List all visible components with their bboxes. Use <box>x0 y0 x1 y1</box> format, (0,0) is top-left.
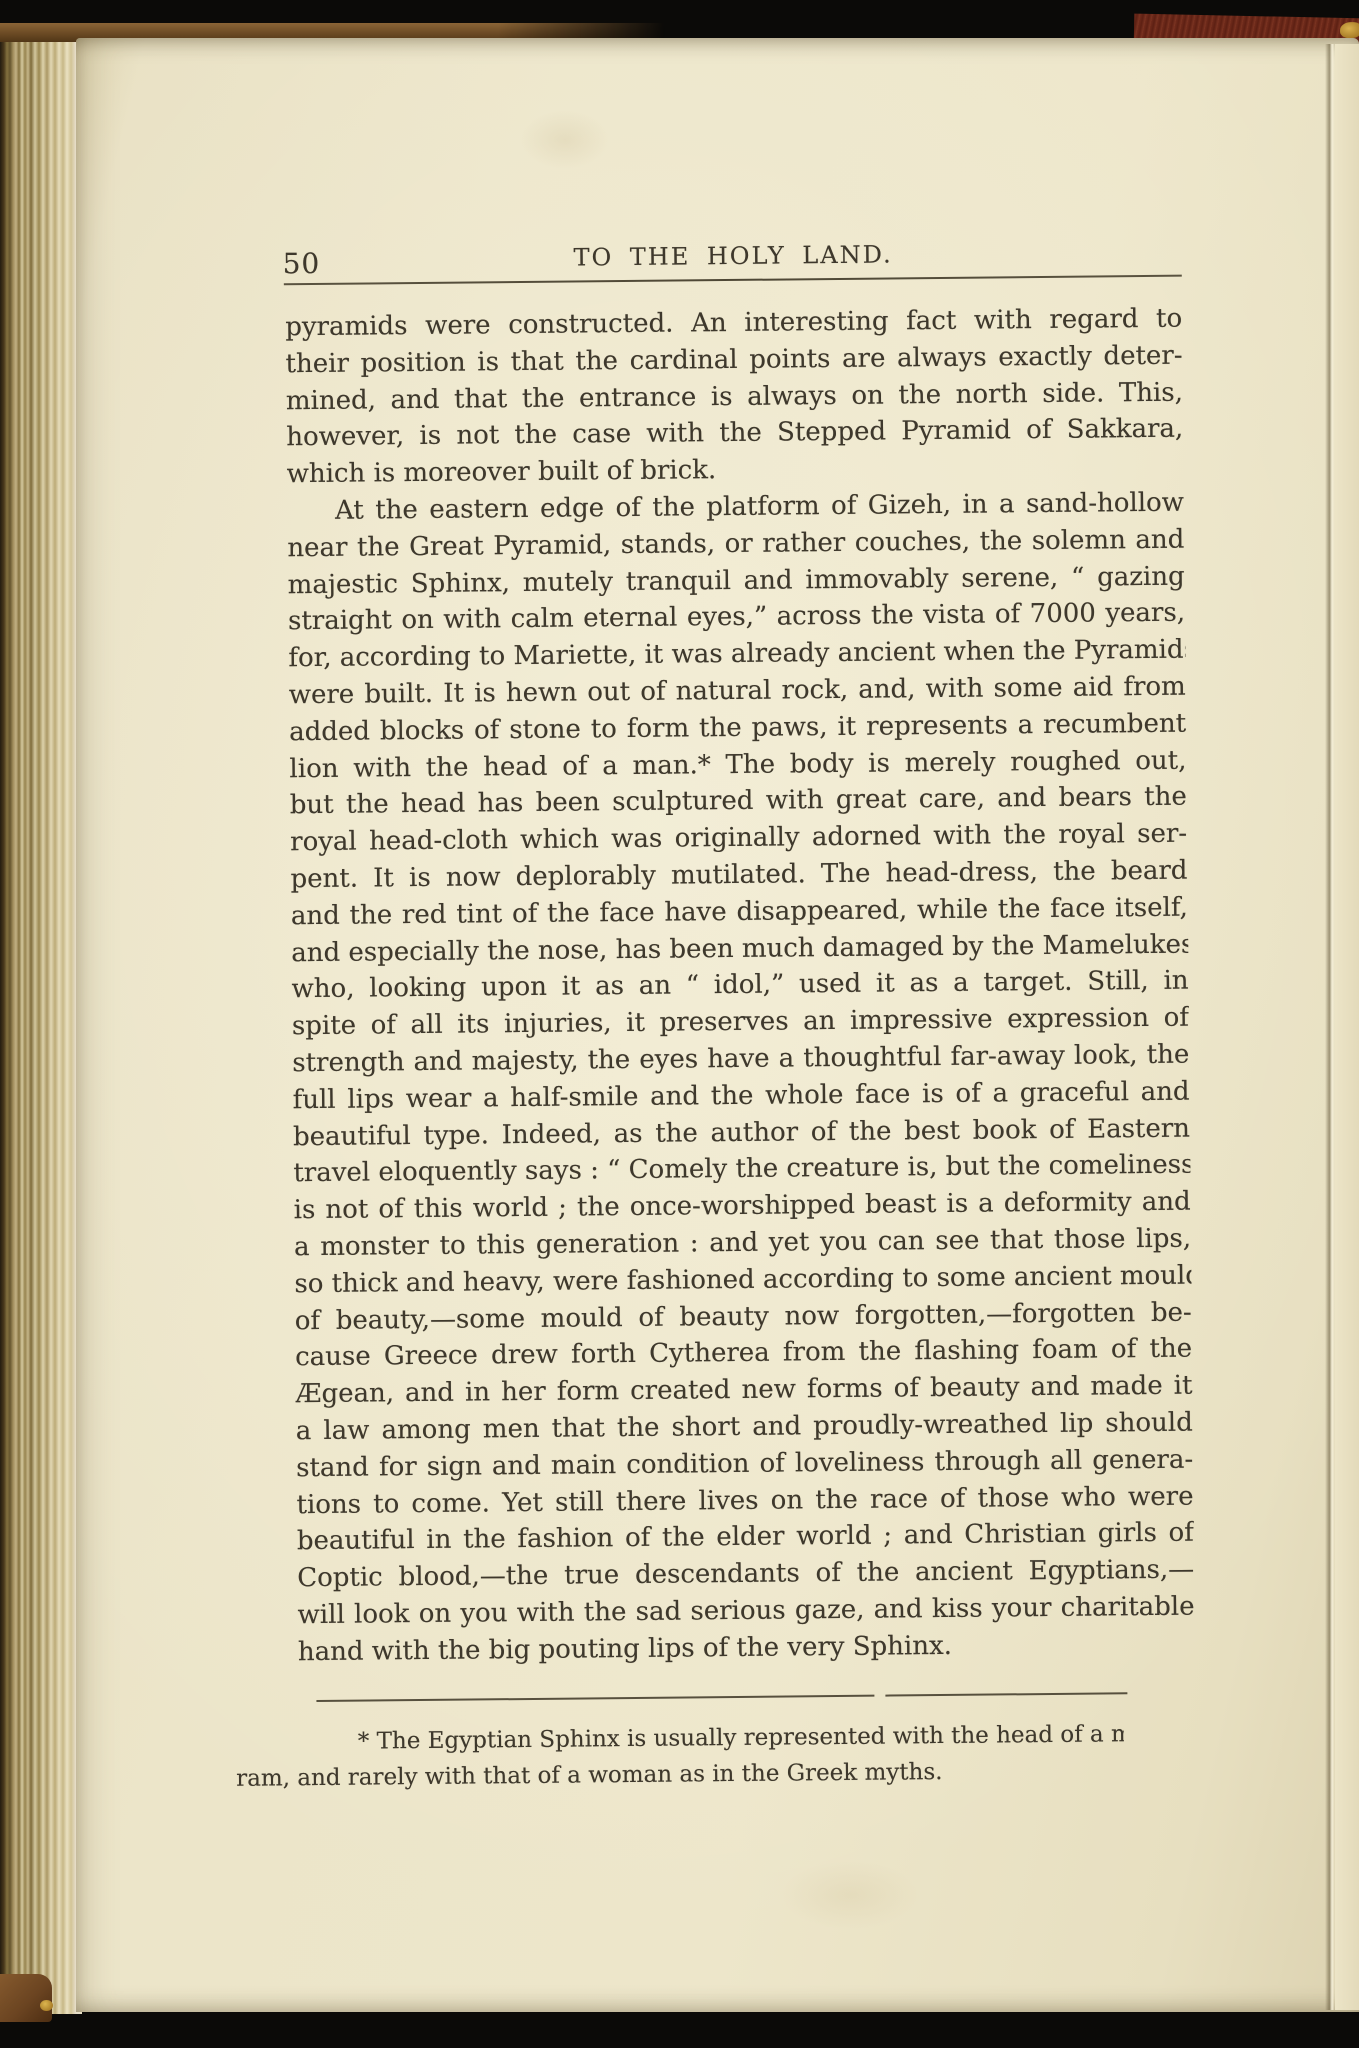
footnote-rule <box>885 1692 1127 1696</box>
footnote-line: ram, and rarely with that of a woman as … <box>236 1752 1124 1797</box>
scanned-book-page: 50 TO THE HOLY LAND. pyramids were const… <box>0 0 1359 2048</box>
gold-thread <box>40 2000 53 2011</box>
footnote-rule <box>316 1695 874 1702</box>
book-cover-corner-bottom-left <box>0 1974 52 2022</box>
printed-content: 50 TO THE HOLY LAND. pyramids were const… <box>0 0 1359 2048</box>
text-line: hand with the big pouting lips of the ve… <box>298 1625 1195 1670</box>
running-title: TO THE HOLY LAND. <box>284 238 1181 275</box>
body-text: pyramids were constructed. An interestin… <box>285 301 1195 1671</box>
header-rule <box>284 275 1182 286</box>
footnote: * The Egyptian Sphinx is usually represe… <box>236 1716 1125 1797</box>
